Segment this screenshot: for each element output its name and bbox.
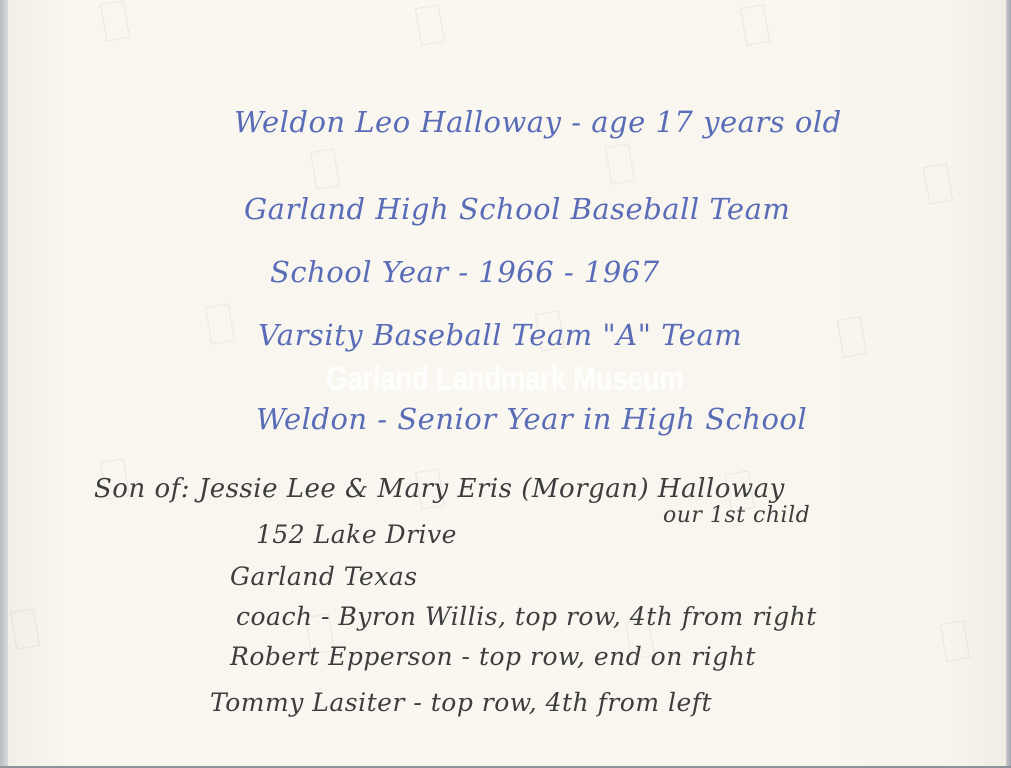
caption-first-child: our 1st child [663,503,810,528]
caption-parents: Son of: Jessie Lee & Mary Eris (Morgan) … [94,474,785,504]
photo-stamp-mark [837,316,867,358]
caption-player-epperson: Robert Epperson - top row, end on right [230,642,756,671]
caption-coach: coach - Byron Willis, top row, 4th from … [236,602,817,631]
photo-stamp-mark [100,0,130,42]
document-page: Weldon Leo Halloway - age 17 years old G… [8,0,1006,766]
photo-stamp-mark [740,4,770,46]
museum-watermark: Garland Landmark Museum [326,360,684,399]
photo-stamp-mark [310,148,340,190]
photo-stamp-mark [10,608,40,650]
caption-varsity-team: Varsity Baseball Team "A" Team [258,318,742,352]
photo-stamp-mark [205,303,235,345]
scan-left-edge [0,0,8,768]
photo-stamp-mark [415,4,445,46]
caption-school-team: Garland High School Baseball Team [244,192,790,226]
caption-city: Garland Texas [230,562,418,591]
scan-right-edge [1006,0,1011,768]
caption-player-lasiter: Tommy Lasiter - top row, 4th from left [210,688,712,717]
photo-stamp-mark [923,163,953,205]
caption-name-age: Weldon Leo Halloway - age 17 years old [234,105,842,139]
caption-senior-year: Weldon - Senior Year in High School [256,402,807,436]
caption-address: 152 Lake Drive [256,520,457,549]
photo-stamp-mark [605,143,635,185]
caption-school-year: School Year - 1966 - 1967 [270,255,660,289]
photo-stamp-mark [940,620,970,662]
